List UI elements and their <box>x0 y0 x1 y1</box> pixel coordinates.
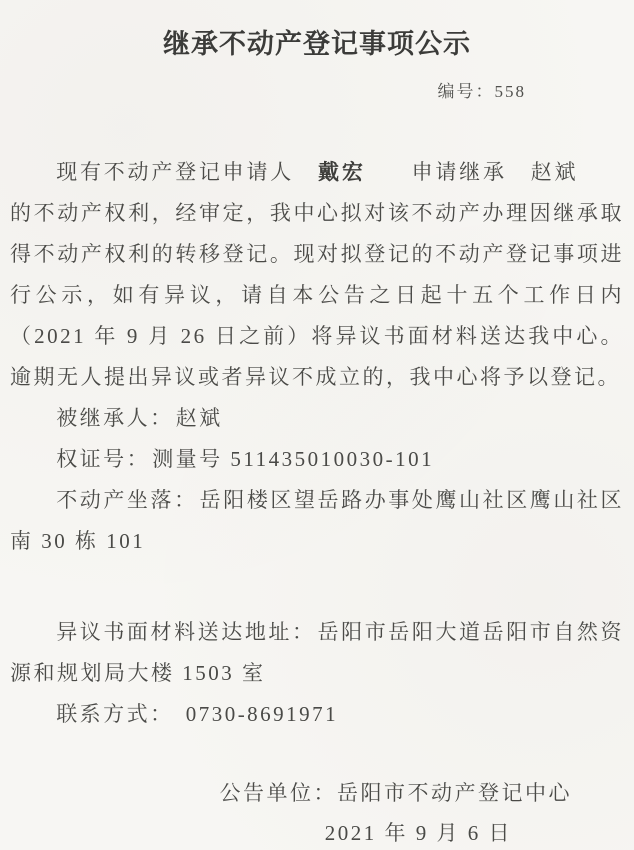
field-objection-address-label: 异议书面材料送达地址： <box>56 620 315 644</box>
field-property-location-label: 不动产坐落： <box>56 488 197 512</box>
decedent-name-inline: 赵斌 <box>531 160 578 184</box>
serial-value: 558 <box>495 82 527 101</box>
serial-label: 编号： <box>438 82 495 101</box>
issue-date: 2021 年 9 月 6 日 <box>10 813 624 850</box>
field-certificate-no: 权证号：测量号 511435010030-101 <box>10 439 624 480</box>
issuing-unit-line: 公告单位：岳阳市不动产登记中心 <box>10 773 624 813</box>
field-certificate-no-value: 测量号 511435010030-101 <box>152 447 434 471</box>
paragraph-rest: 的不动产权利，经审定，我中心拟对该不动产办理因继承取得不动产权利的转移登记。现对… <box>10 201 624 389</box>
announcement-paragraph: 现有不动产登记申请人戴宏申请继承赵斌的不动产权利，经审定，我中心拟对该不动产办理… <box>10 152 624 398</box>
issuing-unit-label: 公告单位： <box>220 781 338 805</box>
paragraph-middle: 申请继承 <box>412 160 507 184</box>
document-title: 继承不动产登记事项公示 <box>10 20 624 61</box>
serial-number-line: 编号：558 <box>10 77 624 102</box>
announcement-document: 继承不动产登记事项公示 编号：558 现有不动产登记申请人戴宏申请继承赵斌的不动… <box>0 0 634 850</box>
field-contact-value: 0730-8691971 <box>186 702 339 726</box>
field-objection-address: 异议书面材料送达地址：岳阳市岳阳大道岳阳市自然资源和规划局大楼 1503 室 <box>10 612 624 694</box>
field-decedent-value: 赵斌 <box>176 406 223 430</box>
field-property-location: 不动产坐落：岳阳楼区望岳路办事处鹰山社区鹰山社区南 30 栋 101 <box>10 480 624 562</box>
field-contact-label: 联系方式： <box>56 702 174 726</box>
issuing-unit-value: 岳阳市不动产登记中心 <box>337 781 572 805</box>
document-footer: 公告单位：岳阳市不动产登记中心 2021 年 9 月 6 日 <box>10 773 624 850</box>
applicant-name: 戴宏 <box>318 160 366 184</box>
field-contact: 联系方式：0730-8691971 <box>10 694 624 735</box>
field-decedent: 被继承人：赵斌 <box>10 398 624 439</box>
field-decedent-label: 被继承人： <box>56 406 174 430</box>
field-certificate-no-label: 权证号： <box>56 447 150 471</box>
paragraph-lead: 现有不动产登记申请人 <box>56 160 294 184</box>
notice-body: 现有不动产登记申请人戴宏申请继承赵斌的不动产权利，经审定，我中心拟对该不动产办理… <box>10 152 624 850</box>
